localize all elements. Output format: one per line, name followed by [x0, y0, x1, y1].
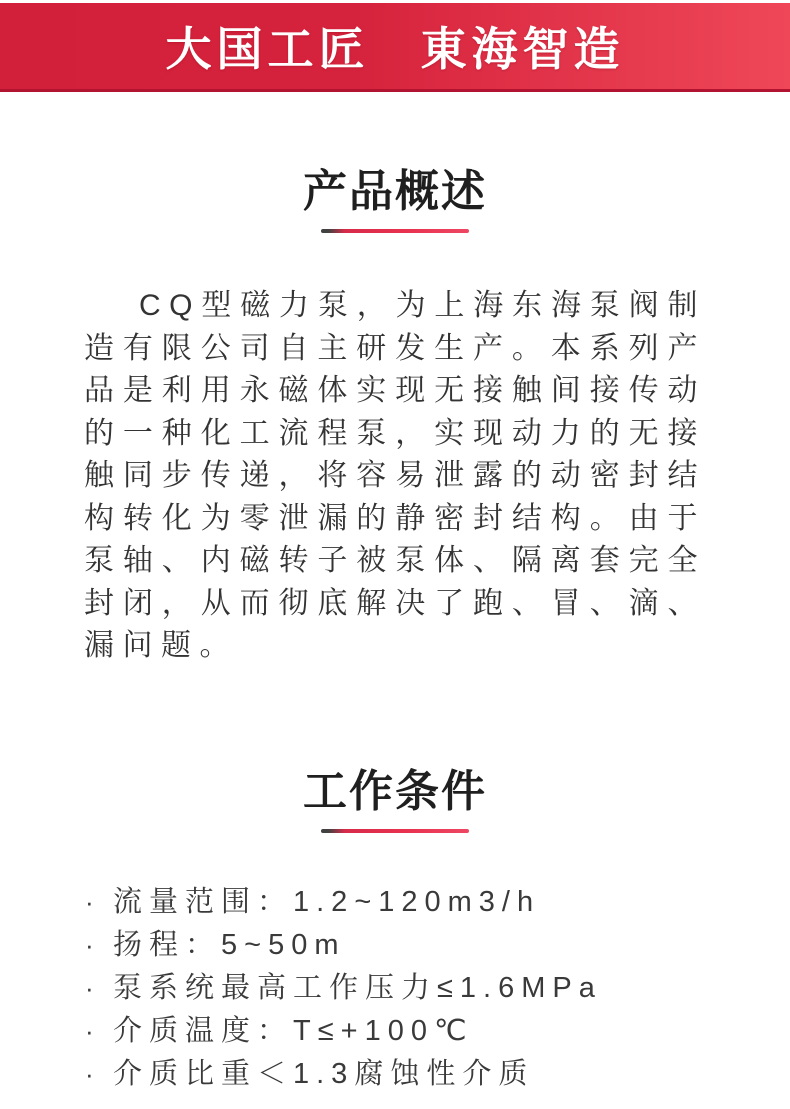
list-item: · 介质温度：T≤+100℃	[85, 1010, 705, 1053]
section-working-conditions: 工作条件 · 流量范围：1.2~120m3/h · 扬程：5~50m · 泵系统…	[0, 768, 790, 1096]
conditions-header: 工作条件	[0, 768, 790, 833]
list-item-text: 泵系统最高工作压力≤1.6MPa	[113, 967, 602, 1010]
overview-header: 产品概述	[0, 168, 790, 233]
list-item: · 扬程：5~50m	[85, 924, 705, 967]
bullet-icon: ·	[85, 1053, 113, 1096]
banner-title: 大国工匠 東海智造	[166, 13, 625, 79]
working-conditions-list: · 流量范围：1.2~120m3/h · 扬程：5~50m · 泵系统最高工作压…	[85, 881, 705, 1096]
section-title-conditions: 工作条件	[0, 768, 790, 816]
bullet-icon: ·	[85, 967, 113, 1010]
bullet-icon: ·	[85, 1010, 113, 1053]
list-item: · 流量范围：1.2~120m3/h	[85, 881, 705, 924]
list-item-text: 介质温度：T≤+100℃	[113, 1010, 474, 1053]
list-item-text: 流量范围：1.2~120m3/h	[113, 881, 540, 924]
title-underline	[321, 229, 469, 233]
list-item: · 泵系统最高工作压力≤1.6MPa	[85, 967, 705, 1010]
list-item-text: 介质比重＜1.3腐蚀性介质	[113, 1053, 534, 1096]
bullet-icon: ·	[85, 924, 113, 967]
overview-paragraph: CQ型磁力泵，为上海东海泵阀制造有限公司自主研发生产。本系列产品是利用永磁体实现…	[84, 285, 706, 668]
list-item-text: 扬程：5~50m	[113, 924, 345, 967]
bullet-icon: ·	[85, 881, 113, 924]
list-item: · 介质比重＜1.3腐蚀性介质	[85, 1053, 705, 1096]
brand-banner: 大国工匠 東海智造	[0, 3, 790, 92]
section-title-overview: 产品概述	[0, 168, 790, 216]
title-underline	[321, 829, 469, 833]
section-overview: 产品概述 CQ型磁力泵，为上海东海泵阀制造有限公司自主研发生产。本系列产品是利用…	[0, 168, 790, 668]
